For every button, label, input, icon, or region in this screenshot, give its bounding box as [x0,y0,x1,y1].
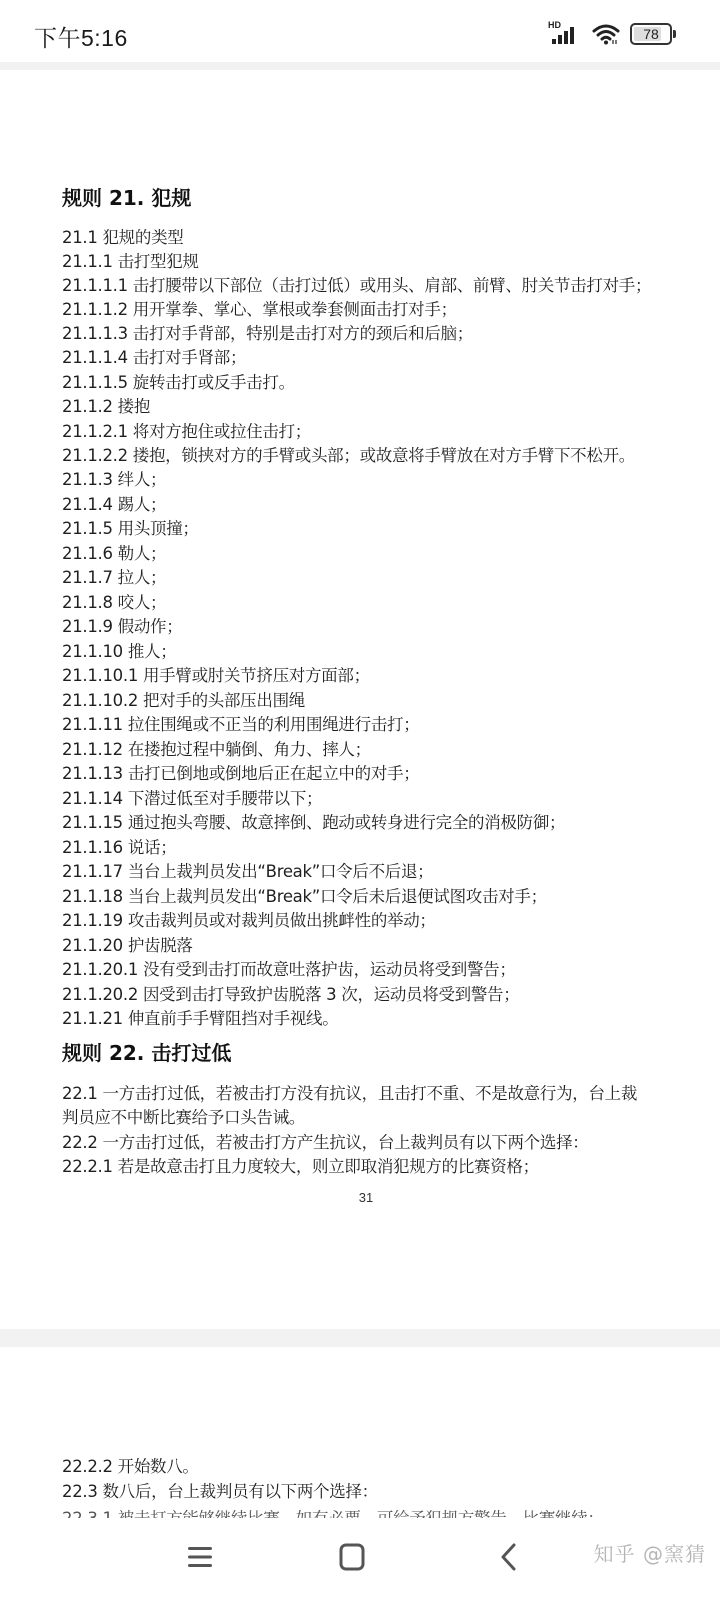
rule-21-heading: 规则 21. 犯规 [62,184,191,212]
doc-line: 21.1.21 伸直前手手臂阻挡对手视线。 [62,1007,338,1031]
status-bar: 下午5:16 HD 78 [0,0,720,62]
doc-line: 21.1.1 击打型犯规 [62,250,199,274]
hd-signal-icon: HD [548,22,582,46]
rule-22-heading: 规则 22. 击打过低 [62,1039,231,1067]
doc-line: 21.1.2.2 搂抱，锁挟对方的手臂或头部；或故意将手臂放在对方手臂下不松开。 [62,444,635,468]
doc-line: 21.1.8 咬人； [62,591,166,615]
doc-line: 21.1.1.2 用开掌拳、掌心、掌根或拳套侧面击打对手； [62,298,457,322]
doc-line: 22.2.1 若是故意击打且力度较大，则立即取消犯规方的比赛资格； [62,1155,539,1179]
doc-line: 21.1.3 绊人； [62,468,166,492]
doc-line: 21.1.20.2 因受到击打导致护齿脱落 3 次，运动员将受到警告； [62,983,519,1007]
doc-line-cutoff: 22.3.1 被击打方能够继续比赛，如有必要，可给予犯规方警告，比赛继续； [62,1509,604,1518]
status-icons: HD 78 [548,22,672,46]
page-separator [0,1329,720,1347]
status-time: 下午5:16 [34,20,128,53]
doc-line: 22.2.2 开始数八。 [62,1455,199,1479]
page-separator [0,62,720,70]
doc-line: 21.1.1.4 击打对手肾部； [62,346,246,370]
doc-line: 21.1 犯规的类型 [62,226,183,250]
doc-line: 22.3 数八后，台上裁判员有以下两个选择： [62,1480,378,1504]
back-icon [498,1542,518,1572]
doc-line: 21.1.2.1 将对方抱住或拉住击打； [62,420,311,444]
doc-line: 21.1.20.1 没有受到击打而故意吐落护齿，运动员将受到警告； [62,958,516,982]
doc-line: 判员应不中断比赛给予口头告诫。 [62,1106,305,1130]
doc-line: 21.1.19 攻击裁判员或对裁判员做出挑衅性的举动； [62,909,436,933]
doc-line: 21.1.9 假动作； [62,615,182,639]
home-icon [339,1543,365,1571]
doc-line: 21.1.17 当台上裁判员发出“Break”口令后不后退； [62,860,433,884]
doc-line: 21.1.10.2 把对手的头部压出围绳 [62,689,305,713]
home-button[interactable] [322,1532,382,1582]
doc-line: 21.1.13 击打已倒地或倒地后正在起立中的对手； [62,762,419,786]
doc-line: 21.1.1.5 旋转击打或反手击打。 [62,371,295,395]
battery-level: 78 [643,26,659,42]
doc-line: 21.1.5 用头顶撞； [62,517,199,541]
doc-line: 21.1.2 搂抱 [62,395,150,419]
battery-icon: 78 [630,23,672,45]
wifi-icon [592,23,620,45]
doc-line: 22.1 一方击打过低，若被击打方没有抗议，且击打不重、不是故意行为，台上裁 [62,1082,637,1106]
doc-line: 21.1.12 在搂抱过程中躺倒、角力、摔人； [62,738,371,762]
doc-line: 21.1.10 推人； [62,640,176,664]
zhihu-watermark: 知乎 @窯猜 [594,1538,706,1567]
cutoff-line-clip: 22.3.1 被击打方能够继续比赛，如有必要，可给予犯规方警告，比赛继续； [62,1509,682,1518]
menu-button[interactable] [170,1532,230,1582]
doc-line: 21.1.10.1 用手臂或肘关节挤压对方面部； [62,664,370,688]
doc-line: 21.1.20 护齿脱落 [62,934,193,958]
doc-line: 22.2 一方击打过低，若被击打方产生抗议，台上裁判员有以下两个选择： [62,1131,588,1155]
navigation-bar: 知乎 @窯猜 [0,1518,720,1601]
doc-line: 21.1.6 勒人； [62,542,166,566]
page-number: 31 [0,1190,720,1205]
doc-line: 21.1.1.3 击打对手背部，特别是击打对方的颈后和后脑； [62,322,473,346]
doc-line: 21.1.1.1 击打腰带以下部位（击打过低）或用头、肩部、前臂、肘关节击打对手… [62,274,651,298]
back-button[interactable] [478,1532,538,1582]
doc-line: 21.1.18 当台上裁判员发出“Break”口令后未后退便试图攻击对手； [62,885,547,909]
doc-line: 21.1.4 踢人； [62,493,166,517]
doc-line: 21.1.7 拉人； [62,566,166,590]
doc-line: 21.1.16 说话； [62,836,176,860]
doc-line: 21.1.15 通过抱头弯腰、故意摔倒、跑动或转身进行完全的消极防御； [62,811,565,835]
doc-line: 21.1.14 下潜过低至对手腰带以下； [62,787,322,811]
menu-icon [187,1545,213,1569]
doc-line: 21.1.11 拉住围绳或不正当的利用围绳进行击打； [62,713,419,737]
